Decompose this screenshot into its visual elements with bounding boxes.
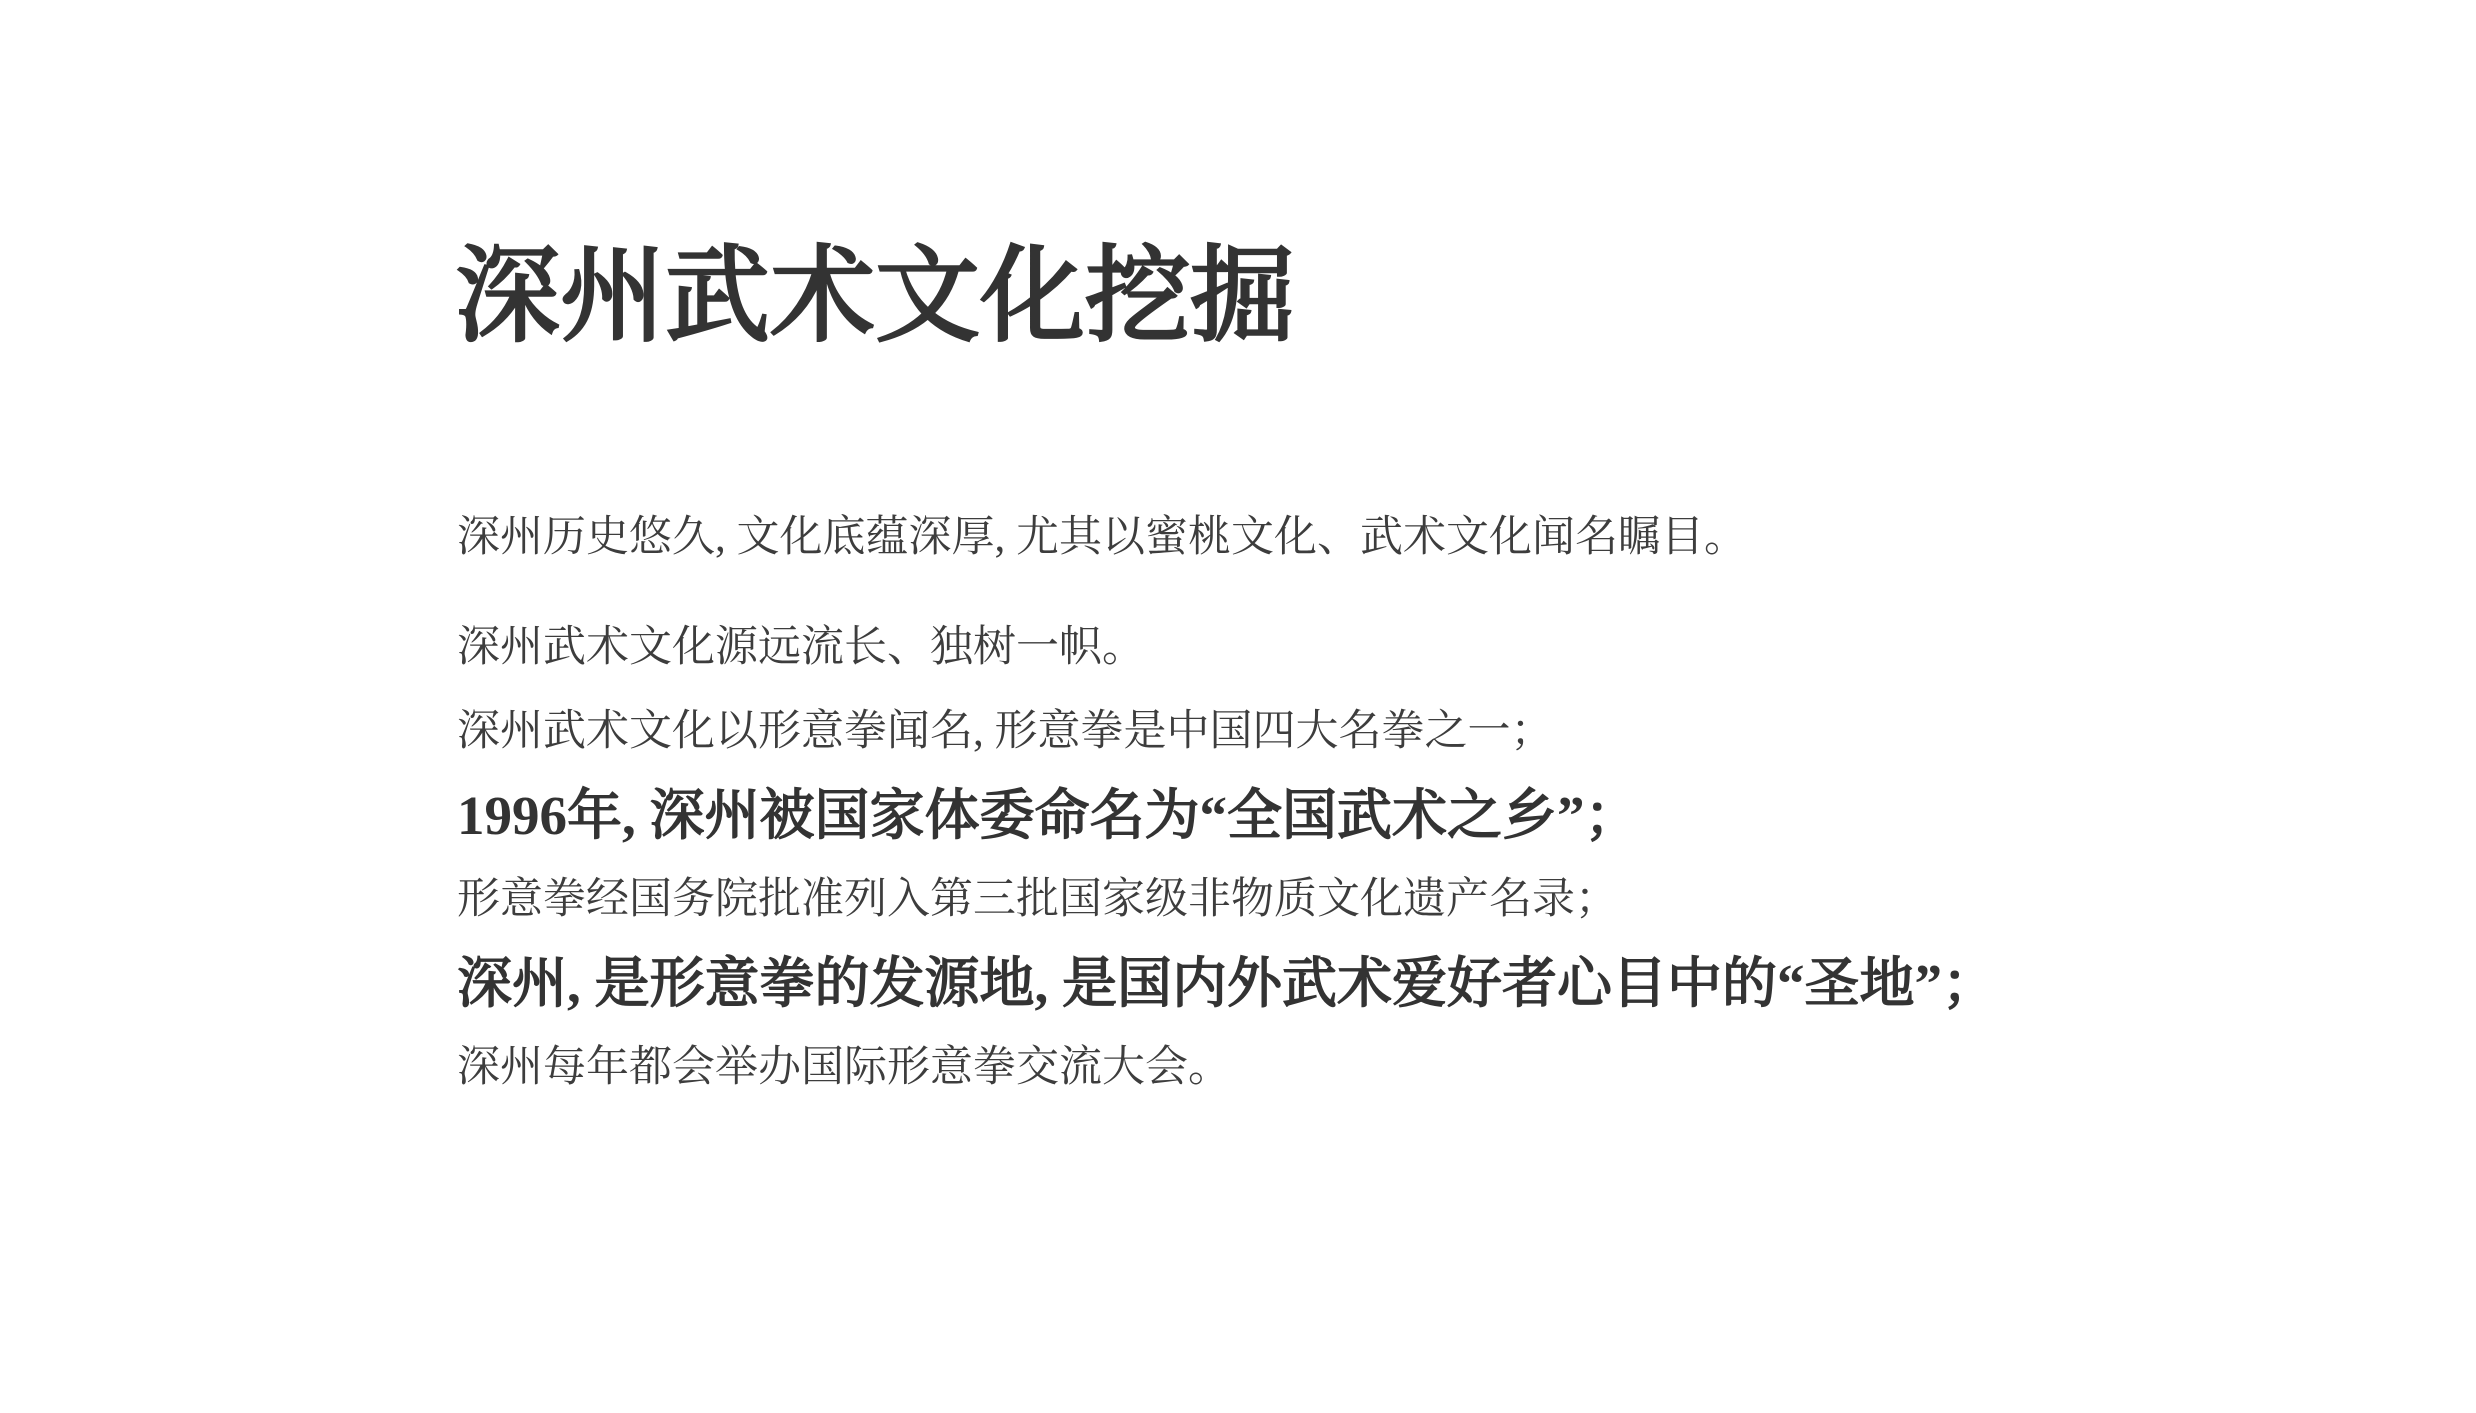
body-paragraph-group: 深州武术文化源远流长、独树一帜。 深州武术文化以形意拳闻名, 形意拳是中国四大名… xyxy=(457,606,1997,1110)
body-line: 深州武术文化源远流长、独树一帜。 xyxy=(457,606,1997,690)
body-line: 深州武术文化以形意拳闻名, 形意拳是中国四大名拳之一； xyxy=(457,690,1997,774)
body-line-emphasis: 1996年, 深州被国家体委命名为“全国武术之乡”； xyxy=(457,774,1997,858)
body-line-emphasis: 深州, 是形意拳的发源地, 是国内外武术爱好者心目中的“圣地”； xyxy=(457,942,1997,1026)
body-line: 深州每年都会举办国际形意拳交流大会。 xyxy=(457,1026,1997,1110)
page-title: 深州武术文化挖掘 xyxy=(455,234,1295,360)
slide-canvas: 深州武术文化挖掘 深州历史悠久, 文化底蕴深厚, 尤其以蜜桃文化、武术文化闻名瞩… xyxy=(0,0,2476,1413)
body-line: 形意拳经国务院批准列入第三批国家级非物质文化遗产名录； xyxy=(457,858,1997,942)
intro-paragraph: 深州历史悠久, 文化底蕴深厚, 尤其以蜜桃文化、武术文化闻名瞩目。 xyxy=(457,496,1747,580)
